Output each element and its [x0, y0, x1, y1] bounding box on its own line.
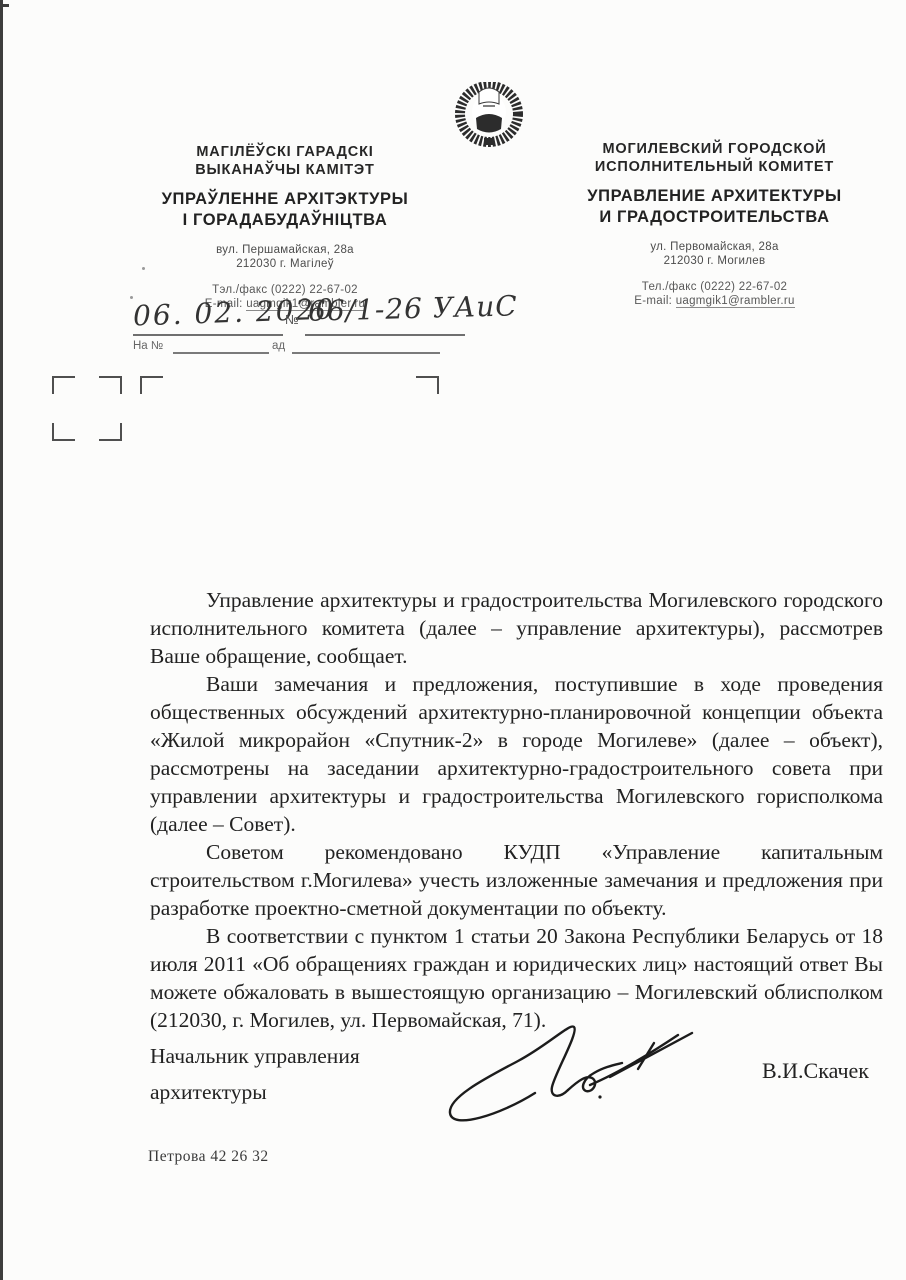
reply-from-date-label: ад [272, 340, 285, 352]
handwritten-outgoing-number: 66/1-26 УАиС [308, 289, 519, 327]
scan-artifact-top-left [0, 4, 9, 7]
handwritten-date: 06. 02. 2020 [132, 292, 335, 332]
org-name-line2: ВЫКАНАЎЧЫ КАМІТЭТ [135, 161, 435, 179]
addressee-zone-corner-top-left [140, 376, 163, 394]
scanned-official-letter: МАГІЛЁЎСКІ ГАРАДСКІ ВЫКАНАЎЧЫ КАМІТЭТ УП… [0, 0, 906, 1280]
scan-artifact-left-edge [0, 0, 3, 1280]
belarus-coat-of-arms-emblem [455, 82, 523, 148]
stamp-zone-corner-bottom-right [99, 423, 122, 441]
addressee-zone-corner-top-right [416, 376, 439, 394]
stamp-zone-corner-top-right [99, 376, 122, 394]
letter-body: Управление архитектуры и градостроительс… [150, 586, 883, 1034]
dept-name-line2: І ГОРАДАБУДАЎНІЦТВА [135, 210, 435, 231]
signer-position-line2: архитектуры [150, 1074, 360, 1110]
reply-to-number-label: На № [133, 340, 163, 352]
signer-name: В.И.Скачек [762, 1058, 869, 1084]
org-name-line1: МОГИЛЕВСКИЙ ГОРОДСКОЙ [552, 140, 877, 158]
paragraph-3: Советом рекомендовано КУДП «Управление к… [150, 838, 883, 922]
address-line1: ул. Первомайская, 28а [552, 240, 877, 254]
dept-name-line1: УПРАВЛЕНИЕ АРХИТЕКТУРЫ [552, 186, 877, 207]
email-label: E-mail: [634, 295, 672, 307]
org-name-line2: ИСПОЛНИТЕЛЬНЫЙ КОМИТЕТ [552, 158, 877, 176]
address-line2: 212030 г. Магілеў [135, 257, 435, 271]
email-address: uagmgik1@rambler.ru [676, 295, 795, 308]
org-name-line1: МАГІЛЁЎСКІ ГАРАДСКІ [135, 143, 435, 161]
address-line1: вул. Першамайская, 28а [135, 243, 435, 257]
number-sign: № [285, 312, 299, 327]
email-line: E-mail: uagmgik1@rambler.ru [552, 294, 877, 308]
signer-position: Начальник управления архитектуры [150, 1038, 360, 1110]
stamp-zone-corner-top-left [52, 376, 75, 394]
paragraph-1: Управление архитектуры и градостроительс… [150, 586, 883, 670]
phone-fax: Тел./факс (0222) 22-67-02 [552, 280, 877, 294]
executor-contact: Петрова 42 26 32 [148, 1148, 269, 1166]
dept-name-line1: УПРАЎЛЕННЕ АРХІТЭКТУРЫ [135, 189, 435, 210]
reply-date-underline [292, 352, 440, 354]
number-underline [305, 334, 465, 336]
date-underline [133, 334, 283, 336]
reply-number-underline [173, 352, 269, 354]
stamp-zone-corner-bottom-left [52, 423, 75, 441]
signer-position-line1: Начальник управления [150, 1038, 360, 1074]
handwritten-signature [440, 1015, 725, 1135]
address-line2: 212030 г. Могилев [552, 254, 877, 268]
paragraph-2: Ваши замечания и предложения, поступивши… [150, 670, 883, 838]
dept-name-line2: И ГРАДОСТРОИТЕЛЬСТВА [552, 207, 877, 228]
letterhead-belarusian: МАГІЛЁЎСКІ ГАРАДСКІ ВЫКАНАЎЧЫ КАМІТЭТ УП… [135, 143, 435, 311]
letterhead-russian: МОГИЛЕВСКИЙ ГОРОДСКОЙ ИСПОЛНИТЕЛЬНЫЙ КОМ… [552, 140, 877, 308]
